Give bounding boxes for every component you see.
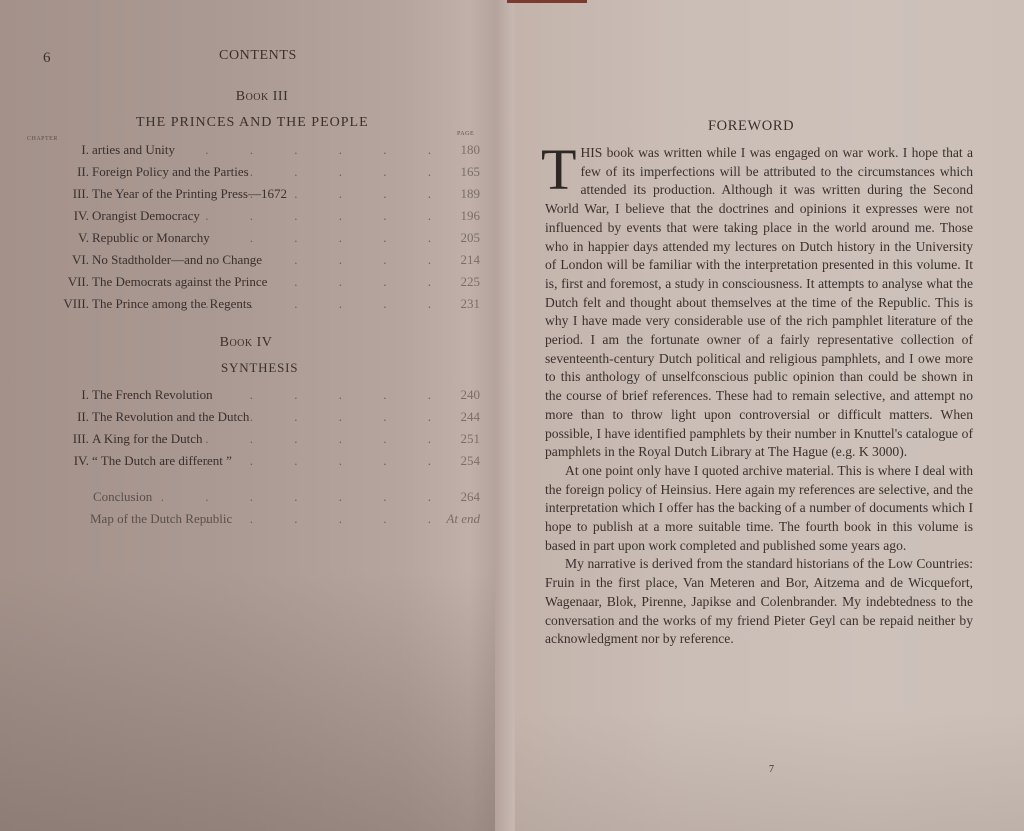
foreword-paragraph: At one point only have I quoted archive … bbox=[545, 462, 973, 556]
toc-entry: . . . . . . . I. arties and Unity 180 bbox=[20, 142, 482, 164]
entry-page: 264 bbox=[461, 489, 481, 505]
chapter-title: The Revolution and the Dutch bbox=[92, 409, 249, 425]
chapter-title: Orangist Democracy bbox=[92, 208, 200, 224]
chapter-number: IV. bbox=[74, 453, 89, 469]
chapter-number: I. bbox=[81, 387, 89, 403]
chapter-number: VI. bbox=[72, 252, 89, 268]
chapter-title: The Democrats against the Prince bbox=[92, 274, 267, 290]
book-iv-label: Book IV bbox=[146, 335, 346, 351]
book-iv-title: SYNTHESIS bbox=[221, 360, 298, 376]
open-book-spread: 6 CONTENTS Book III THE PRINCES AND THE … bbox=[0, 0, 1024, 831]
toc-entry: . . . . . III. The Year of the Printing … bbox=[20, 186, 482, 208]
chapter-page: 189 bbox=[461, 186, 481, 202]
toc-entry: . . . . . . II. The Revolution and the D… bbox=[20, 409, 482, 431]
chapter-number: II. bbox=[77, 164, 89, 180]
toc-entry: . . . . . . VII. The Democrats against t… bbox=[20, 274, 482, 296]
toc-entry: . . . . . . I. The French Revolution 240 bbox=[20, 387, 482, 409]
chapter-number: IV. bbox=[74, 208, 89, 224]
toc-entry-map: . . . . . . Map of the Dutch Republic At… bbox=[20, 511, 482, 533]
chapter-page: 225 bbox=[461, 274, 481, 290]
chapter-number: III. bbox=[73, 431, 89, 447]
entry-title: Map of the Dutch Republic bbox=[90, 511, 232, 527]
leader-dots: . . . . . . bbox=[20, 511, 450, 527]
toc-entry: . . . . . . . IV. “ The Dutch are differ… bbox=[20, 453, 482, 475]
chapter-title: Republic or Monarchy bbox=[92, 230, 210, 246]
chapter-page: 205 bbox=[461, 230, 481, 246]
chapter-page: 240 bbox=[461, 387, 481, 403]
right-page-number: 7 bbox=[769, 764, 774, 775]
page-column-header: page bbox=[457, 131, 474, 137]
chapter-page: 251 bbox=[461, 431, 481, 447]
chapter-page: 244 bbox=[461, 409, 481, 425]
chapter-number: V. bbox=[78, 230, 89, 246]
chapter-title: The Prince among the Regents bbox=[92, 296, 252, 312]
chapter-page: 196 bbox=[461, 208, 481, 224]
chapter-title: The Year of the Printing Press—1672 bbox=[92, 186, 287, 202]
chapter-page: 254 bbox=[461, 453, 481, 469]
foreword-paragraph: My narrative is derived from the standar… bbox=[545, 555, 973, 649]
chapter-title: No Stadtholder—and no Change bbox=[92, 252, 262, 268]
chapter-page: 231 bbox=[461, 296, 481, 312]
chapter-title: arties and Unity bbox=[92, 142, 175, 158]
toc-entry: . . . . . . . III. A King for the Dutch … bbox=[20, 431, 482, 453]
book-iii-chapter-list: . . . . . . . I. arties and Unity 180 . … bbox=[20, 142, 482, 318]
foreword-title: FOREWORD bbox=[708, 118, 794, 135]
chapter-number: I. bbox=[81, 142, 89, 158]
foreword-paragraph: THIS book was written while I was engage… bbox=[545, 144, 973, 462]
binding-edge bbox=[507, 0, 587, 3]
leader-dots: . . . . . . . . bbox=[20, 489, 450, 505]
toc-entry: . . . . . . II. Foreign Policy and the P… bbox=[20, 164, 482, 186]
chapter-title: The French Revolution bbox=[92, 387, 213, 403]
chapter-title: “ The Dutch are different ” bbox=[92, 453, 232, 469]
toc-entry: . . . . . . V. Republic or Monarchy 205 bbox=[20, 230, 482, 252]
chapter-title: Foreign Policy and the Parties bbox=[92, 164, 249, 180]
paragraph-text: HIS book was written while I was engaged… bbox=[545, 145, 973, 459]
chapter-page: 180 bbox=[461, 142, 481, 158]
entry-title: Conclusion bbox=[93, 489, 152, 505]
left-page-number: 6 bbox=[43, 50, 51, 67]
chapter-number: VII. bbox=[68, 274, 89, 290]
chapter-page: 165 bbox=[461, 164, 481, 180]
chapter-number: III. bbox=[73, 186, 89, 202]
toc-entry: . . . . . . . IV. Orangist Democracy 196 bbox=[20, 208, 482, 230]
running-head-contents: CONTENTS bbox=[219, 48, 297, 64]
chapter-number: II. bbox=[77, 409, 89, 425]
chapter-title: A King for the Dutch bbox=[92, 431, 202, 447]
toc-entry-conclusion: . . . . . . . . Conclusion 264 bbox=[20, 489, 482, 511]
entry-page: At end bbox=[446, 511, 480, 527]
chapter-number: VIII. bbox=[63, 296, 89, 312]
toc-entry: . . . . . . VI. No Stadtholder—and no Ch… bbox=[20, 252, 482, 274]
foreword-body: THIS book was written while I was engage… bbox=[545, 144, 973, 649]
end-matter-list: . . . . . . . . Conclusion 264 . . . . .… bbox=[20, 489, 482, 533]
book-iii-label: Book III bbox=[162, 89, 362, 105]
book-iv-chapter-list: . . . . . . I. The French Revolution 240… bbox=[20, 387, 482, 475]
toc-entry: . . . . . . VIII. The Prince among the R… bbox=[20, 296, 482, 318]
drop-cap: T bbox=[541, 147, 576, 193]
chapter-page: 214 bbox=[461, 252, 481, 268]
book-iii-title: THE PRINCES AND THE PEOPLE bbox=[136, 115, 369, 131]
